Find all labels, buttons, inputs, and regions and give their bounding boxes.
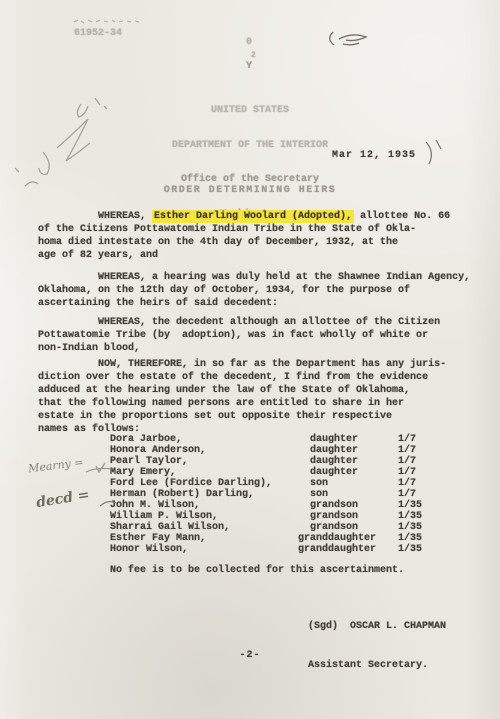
heir-name: Dora Jarboe, [110, 434, 310, 445]
heir-share: 1/35 [398, 533, 438, 544]
signed-name: (Sgd) OSCAR L. CHAPMAN [308, 620, 446, 633]
pen-scribble-top-right [323, 26, 375, 54]
heir-name: Sharrai Gail Wilson, [110, 522, 310, 533]
heir-relation: granddaughter [310, 533, 398, 544]
heir-row: Sharrai Gail Wilson,grandson1/35 [110, 522, 470, 533]
heir-name: Esther Fay Mann, [110, 533, 310, 544]
paragraph-blood-status: WHEREAS, the decedent although an allott… [38, 316, 478, 355]
stray-mark-y: Y [246, 60, 252, 73]
heir-share: 1/35 [398, 511, 438, 522]
heir-name: Honor Wilson, [110, 544, 310, 555]
heir-relation: son [310, 489, 398, 500]
heir-name: Herman (Robert) Darling, [110, 489, 310, 500]
heir-share: 1/35 [398, 522, 438, 533]
heir-share: 1/7 [398, 434, 438, 445]
heir-share: 1/35 [398, 544, 438, 555]
heir-relation: son [310, 478, 398, 489]
stray-mark-0: 0 [246, 36, 252, 49]
heir-relation: grandson [310, 500, 398, 511]
margin-handwritten-note-1: Mearny = [27, 456, 84, 476]
heir-row: Esther Fay Mann,granddaughter1/35 [110, 533, 470, 544]
pencil-dash-herman-darling [98, 498, 118, 510]
signature-block: (Sgd) OSCAR L. CHAPMAN Assistant Secreta… [308, 594, 446, 698]
smudged-stamp-mark [72, 17, 142, 25]
heir-row: Honora Anderson,daughter1/7 [110, 445, 470, 456]
document-title: ORDER DETERMINING HEIRS [0, 184, 500, 197]
heir-relation: granddaughter [310, 544, 398, 555]
heir-row: William P. Wilson,grandson1/35 [110, 511, 470, 522]
scanned-document-page: 61952-34 0 2 Y UNITED STATES DEPARTMENT … [0, 0, 500, 719]
heirs-table: Dora Jarboe,daughter1/7Honora Anderson,d… [110, 434, 470, 555]
heir-name: Pearl Taylor, [110, 456, 310, 467]
file-number: 61952-34 [74, 27, 122, 40]
heir-relation: grandson [310, 511, 398, 522]
heir-row: Herman (Robert) Darling,son1/7 [110, 489, 470, 500]
heir-relation: daughter [310, 456, 398, 467]
closing-no-fee-line: No fee is to be collected for this ascer… [110, 564, 404, 577]
heir-share: 1/7 [398, 445, 438, 456]
heir-name: Ford Lee (Fordice Darling), [110, 478, 310, 489]
heir-relation: daughter [310, 467, 398, 478]
heir-row: John M. Wilson,grandson1/35 [110, 500, 470, 511]
margin-handwritten-note-2: decd = [35, 487, 90, 511]
highlighted-decedent-name: Esther Darling Woolard (Adopted), [152, 210, 354, 223]
heir-row: Honor Wilson,granddaughter1/35 [110, 544, 470, 555]
heir-share: 1/7 [398, 489, 438, 500]
heir-name: John M. Wilson, [110, 500, 310, 511]
paragraph-now-therefore: NOW, THEREFORE, in so far as the Departm… [38, 358, 478, 436]
heir-share: 1/35 [398, 500, 438, 511]
heir-name: William P. Wilson, [110, 511, 310, 522]
heir-name: Mary Emery, [110, 467, 310, 478]
heir-share: 1/7 [398, 467, 438, 478]
heir-relation: daughter [310, 445, 398, 456]
heir-row: Ford Lee (Fordice Darling),son1/7 [110, 478, 470, 489]
heir-row: Mary Emery,daughter1/7 [110, 467, 470, 478]
p1-text-pre: WHEREAS, [38, 211, 152, 222]
heir-row: Dora Jarboe,daughter1/7 [110, 434, 470, 445]
heir-share: 1/7 [398, 456, 438, 467]
pencil-check-mary-emery [84, 462, 114, 478]
heir-relation: daughter [310, 434, 398, 445]
heir-share: 1/7 [398, 478, 438, 489]
heir-relation: grandson [310, 522, 398, 533]
document-date: Mar 12, 1935 [332, 149, 416, 162]
paragraph-hearing: WHEREAS, a hearing was duly held at the … [38, 271, 478, 310]
heir-name: Honora Anderson, [110, 445, 310, 456]
pen-mark-right-of-date [418, 138, 452, 168]
page-number: -2- [0, 649, 500, 662]
heir-row: Pearl Taylor,daughter1/7 [110, 456, 470, 467]
paragraph-whereas-decedent: WHEREAS, Esther Darling Woolard (Adopted… [38, 210, 478, 262]
